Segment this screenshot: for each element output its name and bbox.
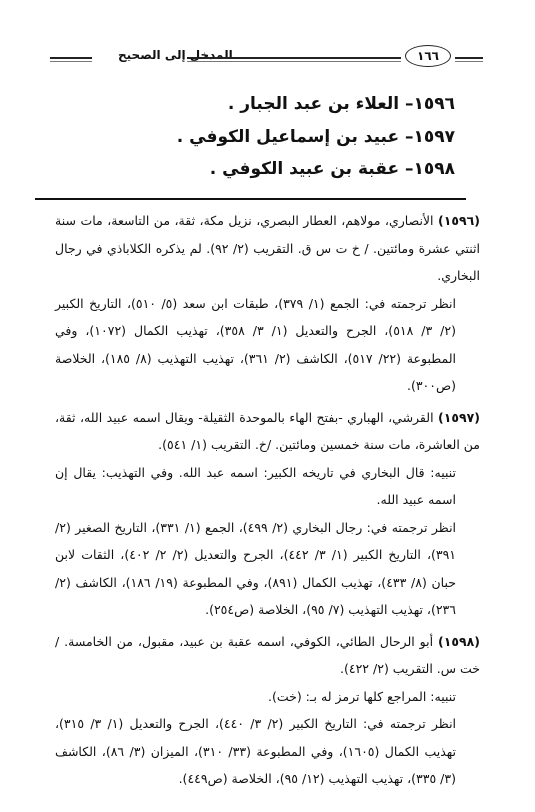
footnote-1597-note: تنبيه: قال البخاري في تاريخه الكبير: اسم…	[55, 459, 480, 514]
footnote-1597-bio: (١٥٩٧) القرشي، الهباري -بفتح الهاء بالمو…	[55, 404, 480, 459]
book-page: المدخل إلى الصحيح ١٦٦ ١٥٩٦– العلاء بن عب…	[0, 0, 535, 812]
footnote-marker: (١٥٩٨)	[438, 634, 480, 649]
entry-list: ١٥٩٦– العلاء بن عبد الجبار . ١٥٩٧– عبيد …	[55, 88, 455, 186]
running-title: المدخل إلى الصحيح	[118, 48, 233, 62]
footnote-1598-note: تنبيه: المراجع كلها ترمز له بـ: (خت).	[55, 683, 480, 711]
page-header: المدخل إلى الصحيح ١٦٦	[50, 44, 480, 72]
footnote-marker: (١٥٩٦)	[438, 213, 480, 228]
header-rule-middle	[187, 57, 401, 59]
footnotes: (١٥٩٦) الأنصاري، مولاهم، العطار البصري، …	[55, 207, 480, 793]
footnote-1597-refs: انظر ترجمته في: رجال البخاري (٢/ ٤٩٩)، ا…	[55, 514, 480, 624]
entry-1597: ١٥٩٧– عبيد بن إسماعيل الكوفي .	[55, 121, 455, 154]
footnote-1596-bio: (١٥٩٦) الأنصاري، مولاهم، العطار البصري، …	[55, 207, 480, 290]
header-rule-left	[50, 57, 92, 59]
footnote-separator	[35, 198, 466, 200]
footnote-marker: (١٥٩٧)	[438, 410, 480, 425]
entry-1598: ١٥٩٨– عقبة بن عبيد الكوفي .	[55, 153, 455, 186]
header-rule-right	[455, 57, 483, 59]
footnote-text: القرشي، الهباري -بفتح الهاء بالموحدة الث…	[55, 410, 480, 453]
footnote-text: الأنصاري، مولاهم، العطار البصري، نزيل مك…	[55, 213, 480, 283]
page-number: ١٦٦	[405, 45, 451, 67]
footnote-1598-bio: (١٥٩٨) أبو الرحال الطائي، الكوفي، اسمه ع…	[55, 628, 480, 683]
footnote-1596-refs: انظر ترجمته في: الجمع (١/ ٣٧٩)، طبقات اب…	[55, 290, 480, 400]
footnote-text: أبو الرحال الطائي، الكوفي، اسمه عقبة بن …	[55, 634, 480, 677]
entry-1596: ١٥٩٦– العلاء بن عبد الجبار .	[55, 88, 455, 121]
footnote-1598-refs: انظر ترجمته في: التاريخ الكبير (٢/ ٣/ ٤٤…	[55, 710, 480, 793]
